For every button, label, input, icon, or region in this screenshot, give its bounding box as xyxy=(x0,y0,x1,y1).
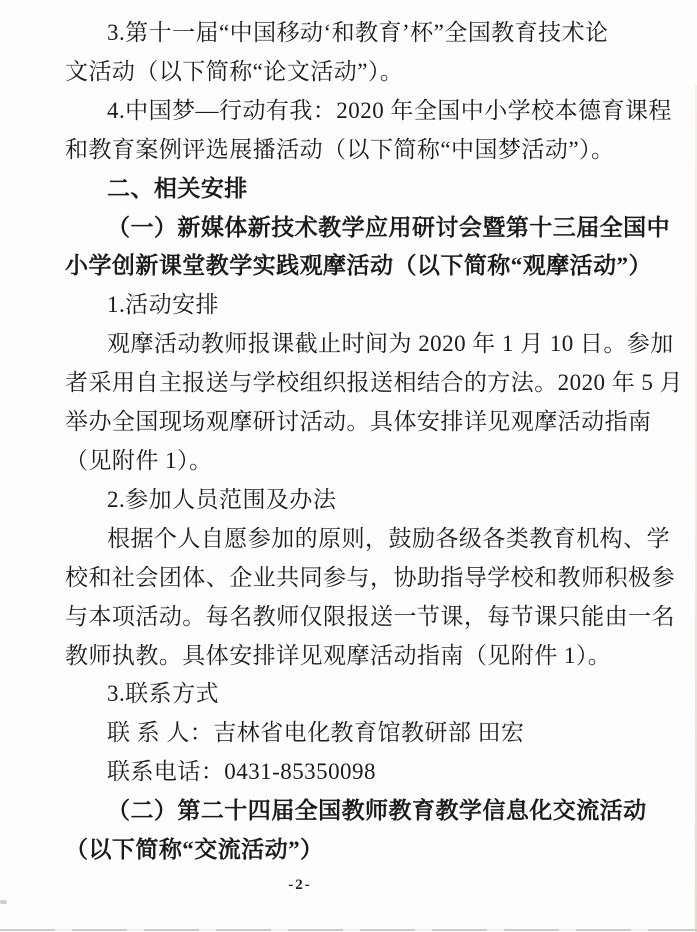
heading-contact-info: 3.联系方式 xyxy=(65,675,637,714)
doc-line-item3-2: 文活动（以下简称“论文活动”）。 xyxy=(65,53,637,92)
heading-related-arrangements: 二、相关安排 xyxy=(65,170,637,209)
subsection-1-heading-line-1: （一）新媒体新技术教学应用研讨会暨第十三届全国中 xyxy=(65,209,637,248)
doc-line-item4-1: 4.中国梦—行动有我：2020 年全国中小学校本德育课程 xyxy=(65,92,637,131)
doc-line-schedule-3: 举办全国现场观摩研讨活动。具体安排详见观摩活动指南 xyxy=(65,403,637,442)
document-page: 3.第十一届“中国移动‘和教育’杯”全国教育技术论 文活动（以下简称“论文活动”… xyxy=(65,14,637,870)
subsection-2-heading-line-2: （以下简称“交流活动”） xyxy=(65,831,637,870)
doc-line-participants-3: 与本项活动。每名教师仅限报送一节课，每节课只能由一名 xyxy=(65,598,637,637)
subsection-2-heading-line-1: （二）第二十四届全国教师教育教学信息化交流活动 xyxy=(65,792,637,831)
page-number: -2- xyxy=(0,877,600,894)
heading-activity-schedule: 1.活动安排 xyxy=(65,286,637,325)
subsection-1-heading-line-2: 小学创新课堂教学实践观摩活动（以下简称“观摩活动”） xyxy=(65,247,637,286)
doc-line-item4-2: 和教育案例评选展播活动（以下简称“中国梦活动”）。 xyxy=(65,131,637,170)
contact-phone-line: 联系电话：0431-85350098 xyxy=(65,753,637,792)
doc-line-participants-2: 校和社会团体、企业共同参与，协助指导学校和教师积极参 xyxy=(65,559,637,598)
scan-artifact-bottom-edge xyxy=(0,929,697,931)
scan-artifact-speck xyxy=(0,900,7,904)
doc-line-item3-1: 3.第十一届“中国移动‘和教育’杯”全国教育技术论 xyxy=(65,14,637,53)
doc-line-participants-1: 根据个人自愿参加的原则，鼓励各级各类教育机构、学 xyxy=(65,520,637,559)
doc-line-schedule-1: 观摩活动教师报课截止时间为 2020 年 1 月 10 日。参加 xyxy=(65,325,637,364)
doc-line-schedule-4: （见附件 1）。 xyxy=(65,442,637,481)
contact-person-line: 联 系 人：吉林省电化教育馆教研部 田宏 xyxy=(65,714,637,753)
heading-participants: 2.参加人员范围及办法 xyxy=(65,481,637,520)
doc-line-schedule-2: 者采用自主报送与学校组织报送相结合的方法。2020 年 5 月 xyxy=(65,364,637,403)
doc-line-participants-4: 教师执教。具体安排详见观摩活动指南（见附件 1）。 xyxy=(65,637,637,676)
